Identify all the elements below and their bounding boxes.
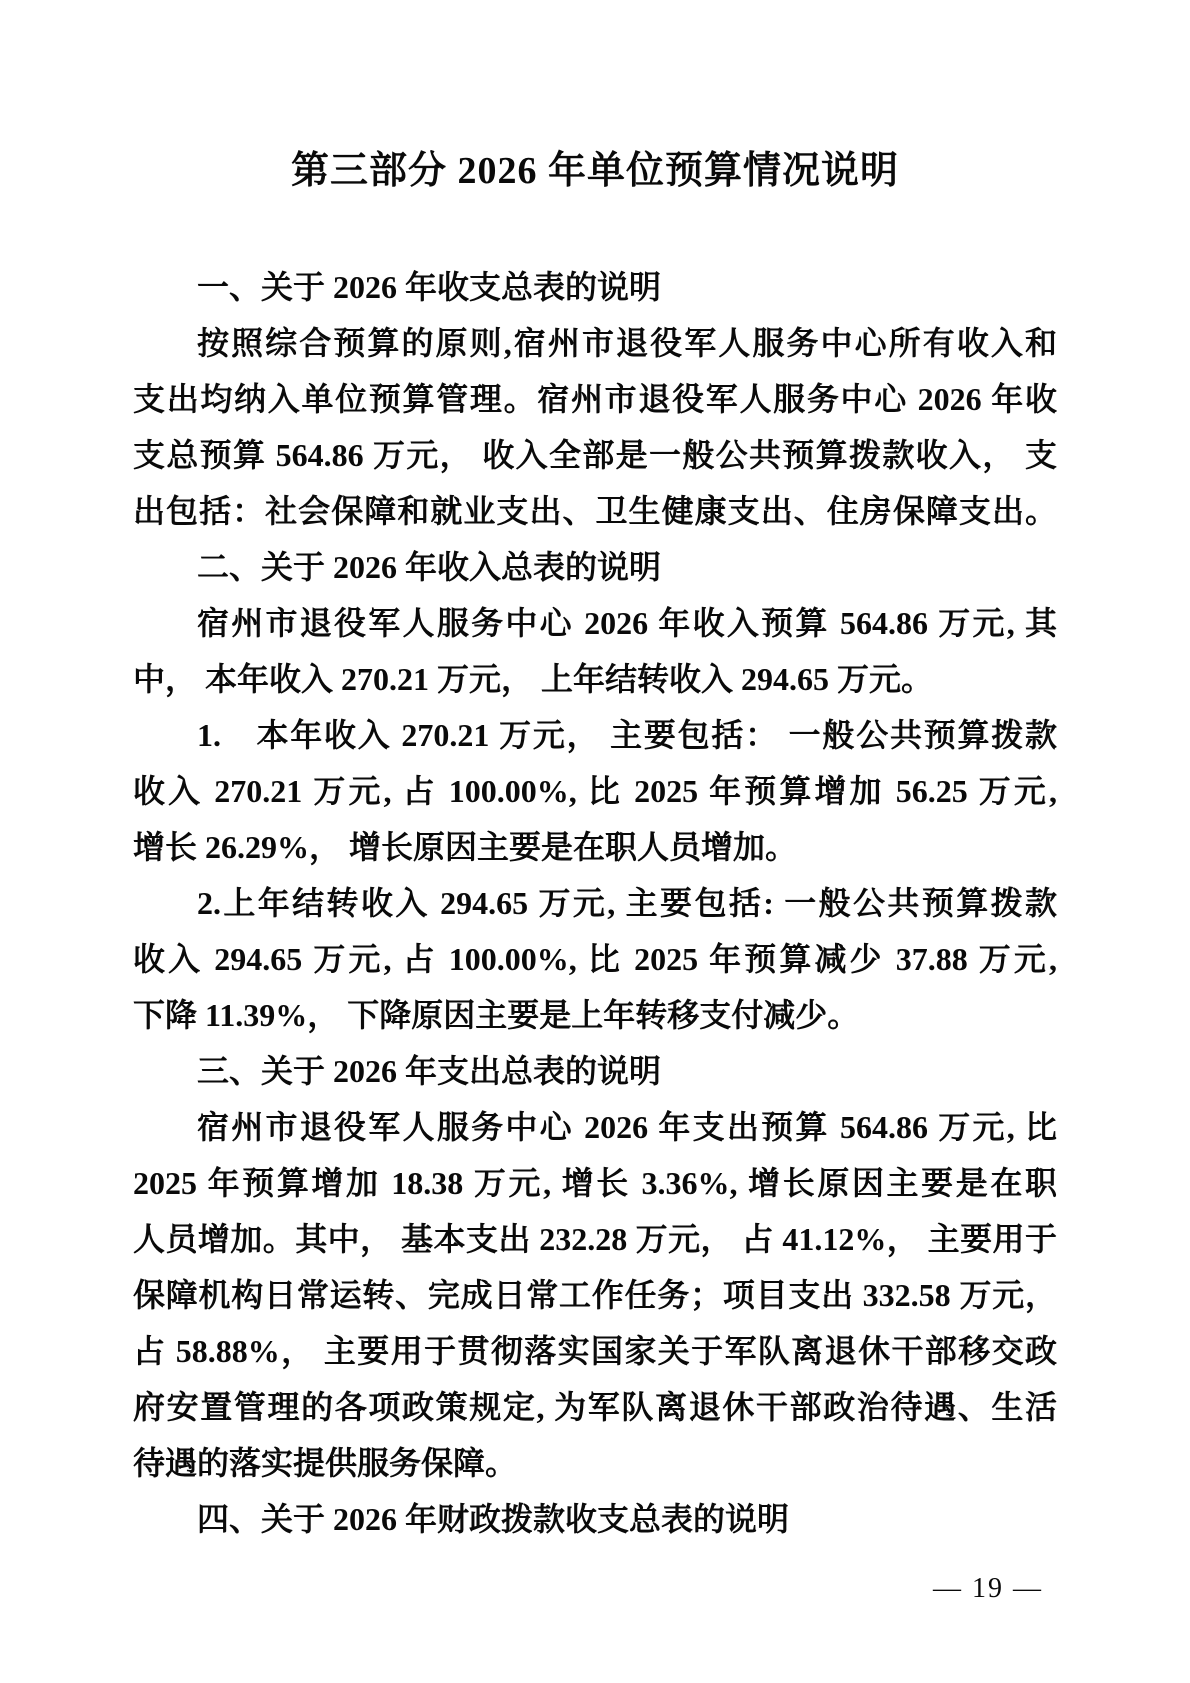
body-line: 2025 年预算增加 18.38 万元, 增长 3.36%, 增长原因主要是在职 [133, 1155, 1057, 1211]
body-line: 下降 11.39%， 下降原因主要是上年转移支付减少。 [133, 987, 1057, 1043]
body-line: 按照综合预算的原则,宿州市退役军人服务中心所有收入和 [133, 315, 1057, 371]
body-line: 增长 26.29%， 增长原因主要是在职人员增加。 [133, 819, 1057, 875]
section-heading-2: 二、关于 2026 年收入总表的说明 [133, 539, 1057, 595]
body-line: 出包括：社会保障和就业支出、卫生健康支出、住房保障支出。 [133, 483, 1057, 539]
body-line: 府安置管理的各项政策规定, 为军队离退休干部政治待遇、生活 [133, 1379, 1057, 1435]
body-line: 宿州市退役军人服务中心 2026 年支出预算 564.86 万元, 比 [133, 1099, 1057, 1155]
section-heading-4: 四、关于 2026 年财政拨款收支总表的说明 [133, 1491, 1057, 1547]
body-line: 保障机构日常运转、完成日常工作任务；项目支出 332.58 万元， [133, 1267, 1057, 1323]
body-line: 1. 本年收入 270.21 万元， 主要包括： 一般公共预算拨款 [133, 707, 1057, 763]
document-body: 一、关于 2026 年收支总表的说明 按照综合预算的原则,宿州市退役军人服务中心… [133, 259, 1057, 1547]
body-line: 收入 270.21 万元, 占 100.00%, 比 2025 年预算增加 56… [133, 763, 1057, 819]
body-line: 2.上年结转收入 294.65 万元, 主要包括: 一般公共预算拨款 [133, 875, 1057, 931]
document-page: 第三部分 2026 年单位预算情况说明 一、关于 2026 年收支总表的说明 按… [0, 0, 1190, 1683]
body-line: 占 58.88%， 主要用于贯彻落实国家关于军队离退休干部移交政 [133, 1323, 1057, 1379]
body-line: 中， 本年收入 270.21 万元， 上年结转收入 294.65 万元。 [133, 651, 1057, 707]
body-line: 宿州市退役军人服务中心 2026 年收入预算 564.86 万元, 其 [133, 595, 1057, 651]
body-line: 支总预算 564.86 万元， 收入全部是一般公共预算拨款收入， 支 [133, 427, 1057, 483]
body-line: 人员增加。其中， 基本支出 232.28 万元， 占 41.12%， 主要用于 [133, 1211, 1057, 1267]
body-line: 收入 294.65 万元, 占 100.00%, 比 2025 年预算减少 37… [133, 931, 1057, 987]
section-heading-3: 三、关于 2026 年支出总表的说明 [133, 1043, 1057, 1099]
section-heading-1: 一、关于 2026 年收支总表的说明 [133, 259, 1057, 315]
page-title: 第三部分 2026 年单位预算情况说明 [133, 143, 1057, 199]
page-number: — 19 — [933, 1572, 1043, 1606]
body-line: 待遇的落实提供服务保障。 [133, 1435, 1057, 1491]
body-line: 支出均纳入单位预算管理。宿州市退役军人服务中心 2026 年收 [133, 371, 1057, 427]
